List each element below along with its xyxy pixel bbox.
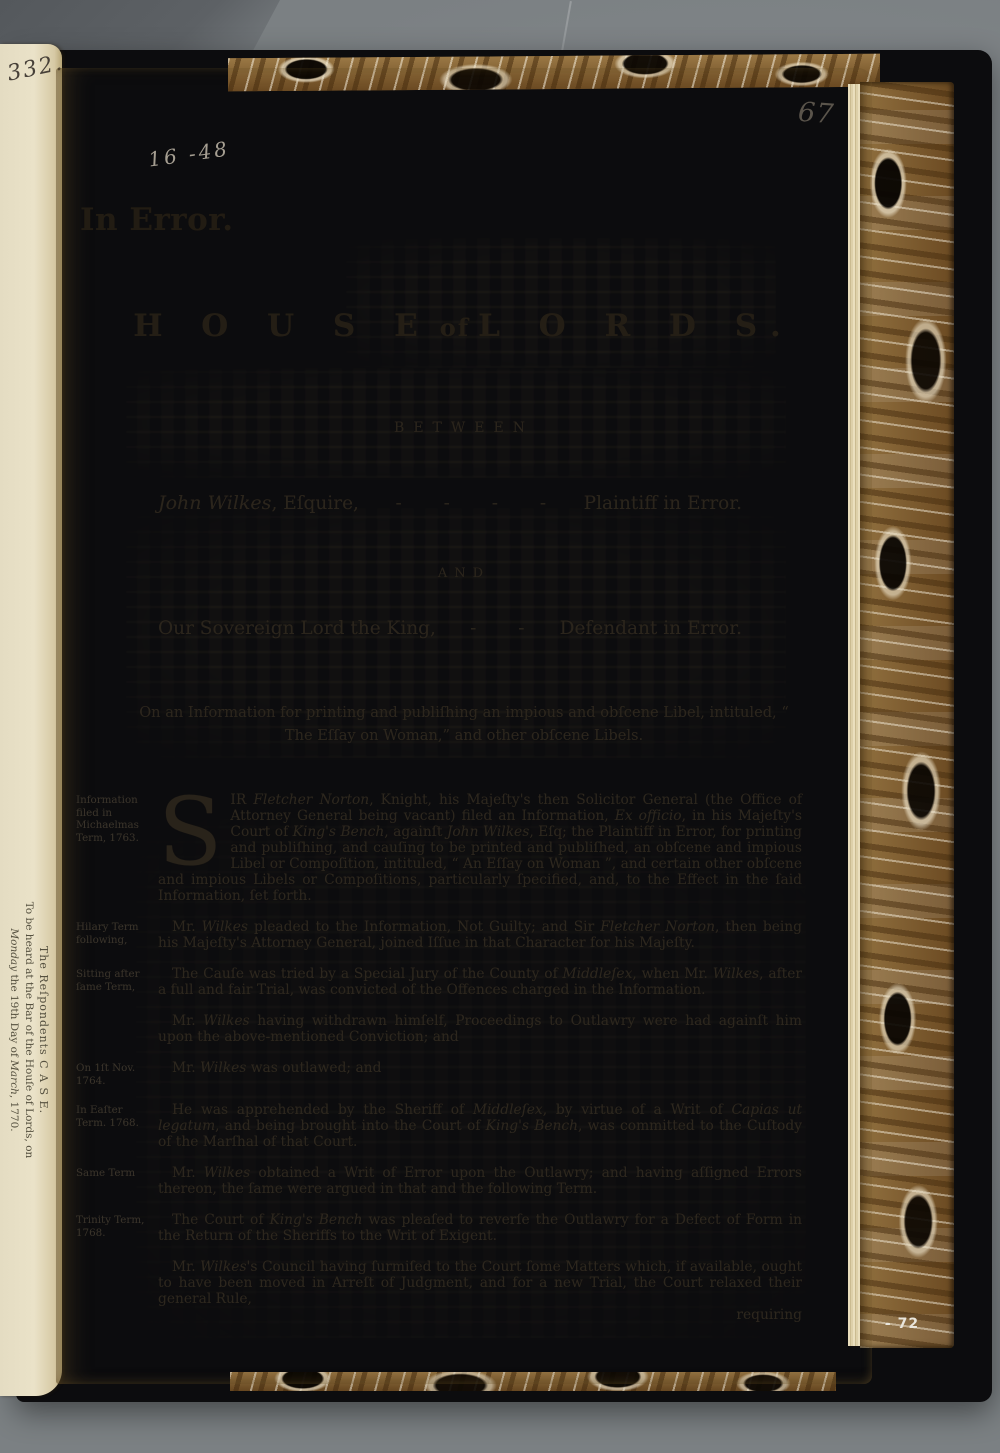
body-paragraph: SIR Fletcher Norton, Knight, his Majeſty…	[158, 792, 802, 904]
defendant-line: Our Sovereign Lord the King, - - Defenda…	[158, 618, 742, 639]
plaintiff-role: Plaintiff in Error.	[584, 493, 742, 514]
previous-page-edge: 332. The Reſpondents C A S E. To be hear…	[0, 44, 62, 1396]
title-house: H O U S E	[133, 308, 432, 344]
hearing-notice-line1: To be heard at the Bar of the Houſe of L…	[23, 830, 36, 1230]
show-through-texture	[346, 238, 776, 368]
document-page: 16 -48 67 In Error. H O U S EofL O R D S…	[56, 68, 872, 1384]
leader-dashes: - -	[470, 618, 525, 639]
drop-cap: S	[158, 792, 230, 872]
body-paragraph: The Cauſe was tried by a Special Jury of…	[158, 966, 802, 998]
plaintiff-line: John Wilkes, Eſquire, - - - - Plaintiff …	[158, 492, 742, 514]
header-in-error: In Error.	[80, 202, 234, 238]
case-body: Information filed in Michaelmas Term, 17…	[76, 792, 802, 1323]
margin-note: In Eaſter Term. 1768.	[76, 1102, 158, 1150]
house-of-lords-title: H O U S EofL O R D S.	[56, 308, 872, 344]
margin-note: Hilary Term following,	[76, 919, 158, 951]
margin-note: Same Term	[76, 1165, 158, 1197]
margin-note: Information filed in Michaelmas Term, 17…	[76, 792, 158, 904]
title-of: of	[440, 313, 470, 342]
respondents-case-sideways-text: The Reſpondents C A S E. To be heard at …	[2, 830, 58, 1230]
body-paragraph: Mr. Wilkes was outlawed; and	[158, 1060, 802, 1087]
margin-note: Sitting after ſame Term,	[76, 966, 158, 998]
margin-note	[76, 1013, 158, 1045]
charge-summary: On an Information for printing and publi…	[128, 702, 800, 747]
body-paragraph: Mr. Wilkes pleaded to the Information, N…	[158, 919, 802, 951]
body-paragraph: Mr. Wilkes obtained a Writ of Error upon…	[158, 1165, 802, 1197]
hearing-notice-line2: Monday the 19th Day of March, 1770.	[8, 830, 21, 1230]
margin-note	[76, 1259, 158, 1323]
body-paragraph: He was apprehended by the Sheriff of Mid…	[158, 1102, 802, 1150]
between-label: BETWEEN	[56, 420, 872, 436]
catchword: requiring	[158, 1307, 802, 1323]
defendant-name: Our Sovereign Lord the King,	[158, 618, 436, 639]
defendant-role: Defendant in Error.	[560, 618, 742, 639]
margin-note: Trinity Term, 1768.	[76, 1212, 158, 1244]
photographed-book-scene: 332. The Reſpondents C A S E. To be hear…	[0, 0, 1000, 1453]
body-paragraph: Mr. Wilkes having withdrawn himſelf, Pro…	[158, 1013, 802, 1045]
respondents-case-title: The Reſpondents C A S E.	[37, 830, 50, 1230]
body-paragraph: The Court of King's Bench was pleaſed to…	[158, 1212, 802, 1244]
handwritten-page-number: 67	[797, 97, 835, 130]
shelf-mark-label: - 72	[872, 1316, 932, 1332]
and-label: AND	[56, 566, 872, 581]
margin-note: On 1ſt Nov. 1764.	[76, 1060, 158, 1087]
pencil-annotation: 16 -48	[147, 136, 232, 171]
plaintiff-name: John Wilkes, Eſquire,	[158, 492, 359, 514]
leader-dashes: - - - -	[395, 493, 547, 514]
title-lords: L O R D S.	[478, 308, 795, 344]
body-paragraph: Mr. Wilkes's Council having ſurmiſed to …	[158, 1259, 802, 1323]
marbled-fore-edge	[860, 82, 954, 1348]
